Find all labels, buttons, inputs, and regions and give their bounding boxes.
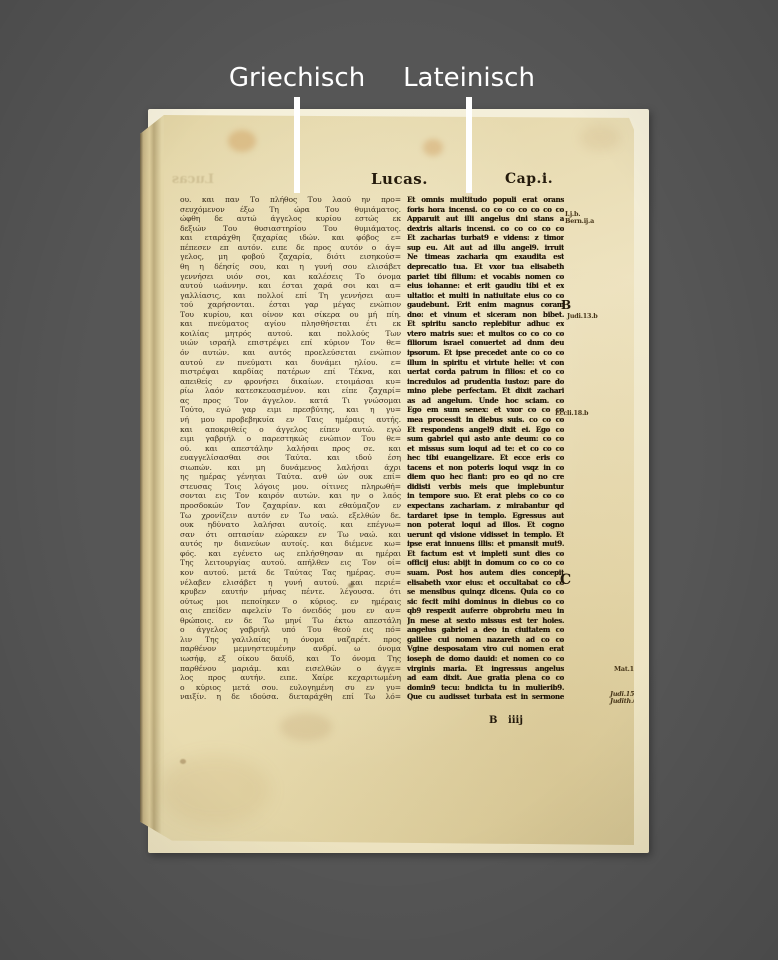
margin-initial-letter: C <box>560 572 571 588</box>
greek-text-line: ρίω λαόν κατεσκευασμένον. και είπε ζαχαρ… <box>180 386 401 396</box>
greek-text-line: Του κυρίου, και οίνον και σίκερα ου μή π… <box>180 310 401 320</box>
greek-text-line: και αποκριθείς ο άγγελος είπεν αυτώ. εγώ <box>180 425 401 435</box>
latin-text-line: dno: et vinum et siceram non bibet. <box>407 310 564 320</box>
latin-text-line: qb9 respexit auferre obprobriu meu in <box>407 606 564 616</box>
greek-text-line: Τω χρονίζειν αυτόν εν Τω ναώ. εξελθών δε… <box>180 511 401 521</box>
greek-text-line: Τούτο, εγώ γαρ ειμι πρεσβύτης, και η γυ= <box>180 405 401 415</box>
greek-text-line: τού χαρήσονται. έσται γαρ μέγας ενώπιον <box>180 300 401 310</box>
greek-text-line: ο άγγελος γαβριήλ υπό Του θεού εις πό= <box>180 625 401 635</box>
greek-text-line: αυτός ην διανεύων αυτοίς. και διέμενε κω… <box>180 539 401 549</box>
greek-text-line: σιωπών. και μη δυνάμενος λαλήσαι άχρι <box>180 463 401 473</box>
latin-text-line: incredulos ad prudentia iustoz: pare do <box>407 377 564 387</box>
greek-text-line: δεξιών Του θυσιαστηρίου Του θυμιάματος. <box>180 224 401 234</box>
greek-text-line: ειμι γαβριήλ ο παρεστηκώς ενώπιον Του θε… <box>180 434 401 444</box>
greek-text-line: γελος, μη φοβού ζαχαρία, διότι εισηκούσ= <box>180 252 401 262</box>
margin-initial-letter: B <box>561 298 571 312</box>
greek-text-line: λος προς αυτήν. ειπε. Χαίρε κεχαριτωμένη <box>180 673 401 683</box>
greek-text-line: υιών ισραήλ επιστρέψει επί κύριον Τον θε… <box>180 338 401 348</box>
greek-text-line: ου. και παν Το πλήθος Του λαού ην προ= <box>180 195 401 205</box>
greek-column-label: Griechisch <box>217 64 377 92</box>
latin-text-line: sum gabriel qui asto ante deum: co co <box>407 434 564 444</box>
paper-stain <box>580 125 620 151</box>
greek-text-line: κοιλίας μητρός αυτού. και πολλούς Των <box>180 329 401 339</box>
latin-text-line: angelus gabriel a deo in ciuitatem co <box>407 625 564 635</box>
latin-text-line: ioseph de domo dauid: et nomen co co <box>407 654 564 664</box>
latin-text-line: Ego em sum senex: et vxor co co co <box>407 405 564 415</box>
paper-stain <box>423 139 443 156</box>
greek-text-line: γαλλίασις, και πολλοί επί Τη γεννήσει αυ… <box>180 291 401 301</box>
latin-text-line: filiorum israel conuertet ad dnm deu <box>407 338 564 348</box>
latin-text-column: Et omnis multitudo populi erat oransfori… <box>407 195 564 707</box>
latin-text-line: hec tibi euangelizare. Et ecce eris co <box>407 453 564 463</box>
latin-text-line: Et omnis multitudo populi erat orans <box>407 195 564 205</box>
greek-text-line: αυτού εν πνεύματι και δυνάμει ηλίου. ε= <box>180 358 401 368</box>
greek-text-line: θη η δέησίς σου, και η γυνή σου ελισάβετ <box>180 262 401 272</box>
latin-text-line: illum in spiritu et virtute helie: vt co… <box>407 358 564 368</box>
greek-text-line: κον αυτού. μετά δε Ταύτας Τας ημέρας. συ… <box>180 568 401 578</box>
latin-text-line: Et zacharias turbat9 e videns: z timor <box>407 233 564 243</box>
latin-text-line: Apparuit aut illi angelus dni stans a <box>407 214 564 224</box>
latin-text-line: galilee cui nomen nazareth ad co co <box>407 635 564 645</box>
greek-text-line: νή μου προβεβηκυία εν Ταις ημέραις αυτής… <box>180 415 401 425</box>
greek-text-line: απειθείς εν φρονήσει δικαίων. ετοιμάσαι … <box>180 377 401 387</box>
latin-text-line: et missus sum loqui ad te: et co co co <box>407 444 564 454</box>
latin-text-line: suam. Post hos autem dies concepit <box>407 568 564 578</box>
latin-text-line: ad eam dixit. Aue gratia plena co co <box>407 673 564 683</box>
greek-text-line: και πνεύματος αγίου πλησθήσεται έτι εκ <box>180 319 401 329</box>
latin-text-line: Et factum est vt impleti sunt dies co <box>407 549 564 559</box>
running-header-chapter: Cap.i. <box>505 171 553 187</box>
latin-text-line: Et respondens angel9 dixit ei. Ego co <box>407 425 564 435</box>
greek-text-line: ας προς Τον άγγελον. κατά Τι γνώσομαι <box>180 396 401 406</box>
greek-text-line: θρώποις. εν δε Τω μηνί Τω έκτω απεστάλη <box>180 616 401 626</box>
latin-text-line: as ad angelum. Unde hoc sciam. co <box>407 396 564 406</box>
greek-text-line: πέπεσεν επ αυτόν. ειπε δε προς αυτόν ο ά… <box>180 243 401 253</box>
greek-text-line: ώφθη δε αυτώ άγγελος κυρίου εστώς εκ <box>180 214 401 224</box>
paper-stain <box>160 755 270 825</box>
latin-text-line: ipse erat innuens illis: et pmansit mut9… <box>407 539 564 549</box>
latin-text-line: officij eius: abijt in domum co co co co <box>407 558 564 568</box>
greek-text-line: Της λειτουργίας αυτού. απήλθεν εις Τον ο… <box>180 558 401 568</box>
latin-text-line: sic fecit mihi dominus in diebus co co <box>407 597 564 607</box>
latin-text-line: mea processit in diebus suis. co co co <box>407 415 564 425</box>
latin-text-line: mino plebe perfectam. Et dixit zachari <box>407 386 564 396</box>
binding-gutter <box>140 115 164 845</box>
greek-text-line: ουκ ηδύνατο λαλήσαι αυτοίς. και επέγνω= <box>180 520 401 530</box>
latin-text-line: Jn mese at sexto missus est ter hoies. <box>407 616 564 626</box>
latin-text-line: pariet tibi filium: et vocabis nomen co <box>407 272 564 282</box>
latin-pointer-line <box>466 97 472 193</box>
greek-text-line: αυτού ιωάννην. και έσται χαρά σοι και α= <box>180 281 401 291</box>
latin-text-line: dextris altaris incensi. co co co co co <box>407 224 564 234</box>
greek-text-line: ευαγγελίσασθαι σοι Ταύτα. και ιδού έση <box>180 453 401 463</box>
greek-text-line: παρθένου μαριάμ. και εισελθών ο άγγε= <box>180 664 401 674</box>
screenshot-root: Griechisch Lateinisch Lucas Lucas. Cap.i… <box>0 0 778 960</box>
latin-text-line: eius iohanne: et erit gaudiu tibi et ex <box>407 281 564 291</box>
paper-stain <box>228 130 256 152</box>
greek-text-line: κρυβεν εαυτήν μήνας πέντε. λέγουσα. ότι <box>180 587 401 597</box>
latin-text-line: tardaret ipse in templo. Egressus aut <box>407 511 564 521</box>
latin-text-line: vtero matris sue: et multos co co co co <box>407 329 564 339</box>
quire-signature: B iiij <box>478 715 534 726</box>
book-page: Lucas Lucas. Cap.i. ου. και παν Το πλήθο… <box>140 115 634 845</box>
latin-text-line: non poterat loqui ad illos. Et cogno <box>407 520 564 530</box>
greek-text-line: ναιξίν. η δε ιδούσα. διεταράχθη επί Τω λ… <box>180 692 401 702</box>
latin-text-line: ultatio: et multi in natiuitate eius co … <box>407 291 564 301</box>
greek-text-line: λιν Της γαλιλαίας η όνομα ναζαρέτ. προς <box>180 635 401 645</box>
greek-text-line: γεννήσει υιόν σοι, και καλέσεις Το όνομα <box>180 272 401 282</box>
latin-text-line: Que cu audisset turbata est in sermone <box>407 692 564 702</box>
margin-reference-note: Eccli.18.b <box>555 410 588 417</box>
greek-text-line: αις επείδεν αφελείν Το όνειδός μου εν αν… <box>180 606 401 616</box>
latin-text-line: Ne timeas zacharia qm exaudita est <box>407 252 564 262</box>
greek-text-line: ης ημέρας γένηται Ταύτα. ανθ ών ουκ επί= <box>180 472 401 482</box>
greek-text-line: πιστρέψαι καρδίας πατέρων επί Τέκνα, και <box>180 367 401 377</box>
latin-text-line: se mensibus quinqz dicens. Quia co co <box>407 587 564 597</box>
greek-text-line: και εταράχθη ζαχαρίας ιδών. και φόβος ε= <box>180 233 401 243</box>
greek-text-line: φός. και εγένετο ως επλήσθησαν αι ημέραι <box>180 549 401 559</box>
greek-text-line: όν αυτών. και αυτός προελεύσεται ενώπιον <box>180 348 401 358</box>
greek-text-line: σονται εις Τον καιρόν αυτών. και ην ο λα… <box>180 491 401 501</box>
latin-text-line: in tempore suo. Et erat plebs co co co <box>407 491 564 501</box>
margin-reference-note: I.j.b.Bern.ij.a <box>565 211 594 225</box>
latin-text-line: sup eu. Ait aut ad illu angel9. irruit <box>407 243 564 253</box>
greek-pointer-line <box>294 97 300 193</box>
latin-text-line: diem quo hec fiant: pro eo qd no cre <box>407 472 564 482</box>
latin-column-label: Lateinisch <box>389 64 549 92</box>
latin-text-line: uerunt qd visione vidisset in templo. Et <box>407 530 564 540</box>
greek-text-line: σευχόμενον έξω Τη ώρα Του θυμιάματος. <box>180 205 401 215</box>
latin-text-line: didisti verbis meis que implebuntur <box>407 482 564 492</box>
latin-text-line: tacens et non poteris loqui vsqz in co <box>407 463 564 473</box>
latin-text-line: virginis maria. Et ingressus angelus <box>407 664 564 674</box>
greek-text-line: ού. και απεστάλην λαλήσαι προς σε. και <box>180 444 401 454</box>
paper-stain <box>280 713 332 741</box>
greek-text-column: ου. και παν Το πλήθος Του λαού ην προ=σε… <box>180 195 401 707</box>
latin-text-line: uertat corda patrum in filios: et co co <box>407 367 564 377</box>
margin-reference-note: Judi.13.b <box>567 313 598 320</box>
showthrough-text: Lucas <box>154 172 214 187</box>
greek-text-line: ο κύριος μετά σου. ευλογημένη συ εν γυ= <box>180 683 401 693</box>
latin-text-line: expectans zachariam. z mirabantur qd <box>407 501 564 511</box>
greek-text-line: ούτως μοι πεποίηκεν ο κύριος. εν ημέραις <box>180 597 401 607</box>
latin-text-line: gaudebunt. Erit enim magnus coram <box>407 300 564 310</box>
latin-text-line: Et spiritu sancto replebitur adhuc ex <box>407 319 564 329</box>
greek-text-line: νέλαβεν ελισάβετ η γυνή αυτού. και περιέ… <box>180 578 401 588</box>
paper-stain <box>180 759 186 764</box>
latin-text-line: elisabeth vxor eius: et occultabat co co <box>407 578 564 588</box>
greek-text-line: στευσας Τοις λόγοις μου. οίτινες πληρωθή… <box>180 482 401 492</box>
greek-text-line: παρθένον μεμνηστευμένην ανδρί. ω όνομα <box>180 644 401 654</box>
latin-text-line: deprecatio tua. Et vxor tua elisabeth <box>407 262 564 272</box>
latin-text-line: ipsorum. Et ipse precedet ante co co co <box>407 348 564 358</box>
running-header-book: Lucas. <box>371 170 428 188</box>
greek-text-line: ιωσήφ, εξ οίκου δαυίδ, και Το όνομα Της <box>180 654 401 664</box>
latin-text-line: foris hora incensi. co co co co co co co <box>407 205 564 215</box>
latin-text-line: domin9 tecu: bndicta tu in mulierib9. <box>407 683 564 693</box>
greek-text-line: προσδοκών Τον ζαχαρίαν. και εθαύμαζον εν <box>180 501 401 511</box>
latin-text-line: Vgine desposatam viro cui nomen erat <box>407 644 564 654</box>
greek-text-line: σαν ότι οπτασίαν εώρακεν εν Τω ναώ. και <box>180 530 401 540</box>
